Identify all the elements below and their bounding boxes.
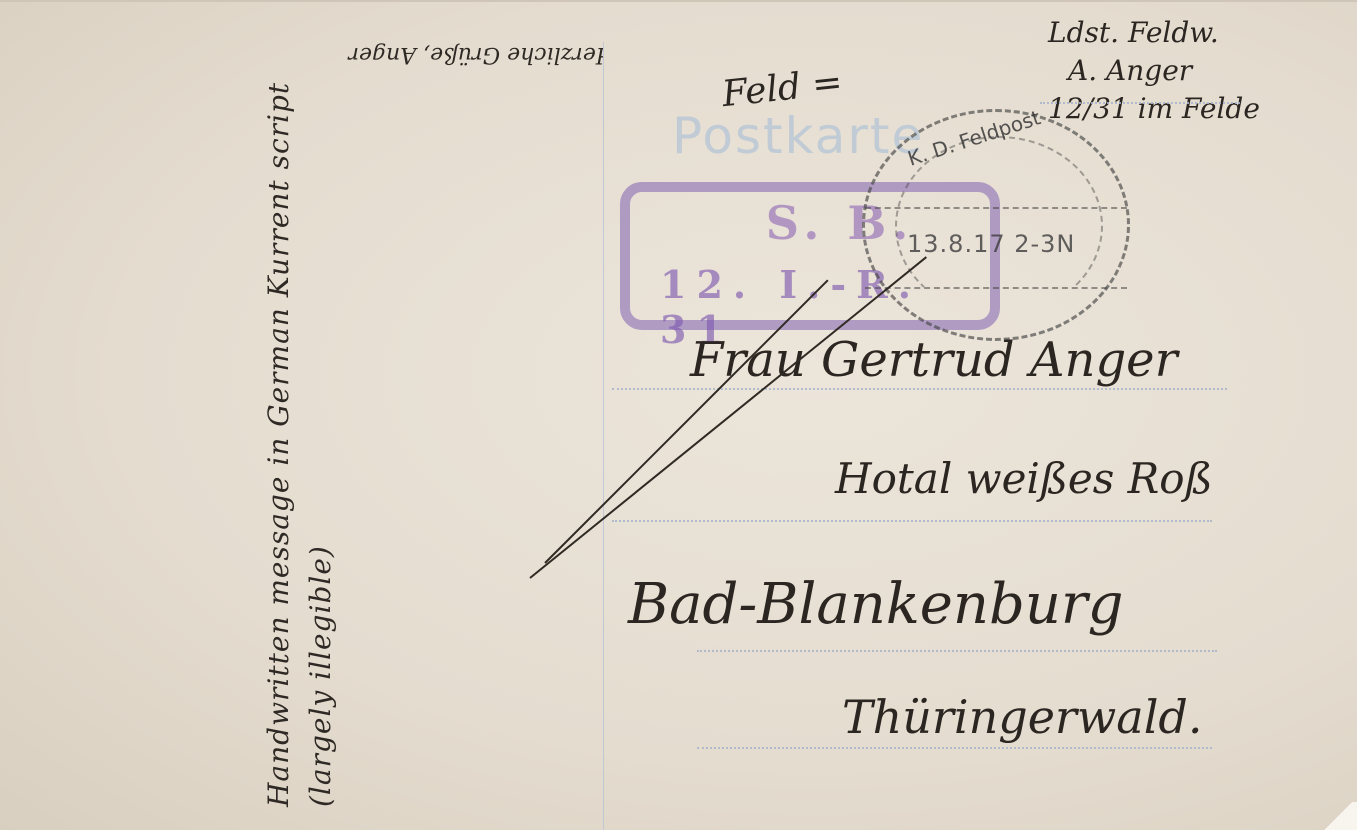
corner-crease	[1317, 802, 1357, 830]
address-line	[1040, 102, 1240, 104]
address-line	[612, 388, 1227, 390]
sender-line: 12/31 im Felde	[1048, 90, 1260, 128]
postmark-bar	[865, 287, 1127, 289]
sender-line: Ldst. Feldw.	[1048, 14, 1260, 52]
sender-line: A. Anger	[1048, 52, 1260, 90]
postcard: Handwritten message in German Kurrent sc…	[0, 0, 1357, 830]
handwritten-message: Handwritten message in German Kurrent sc…	[258, 27, 342, 807]
postmark-date: 13.8.17 2-3N	[907, 230, 1075, 258]
address-line	[612, 520, 1212, 522]
feldpost-postmark: K. D. Feldpost 13.8.17 2-3N	[862, 109, 1130, 341]
recipient-city: Bad-Blankenburg	[628, 572, 1124, 637]
sender-block: Ldst. Feldw. A. Anger 12/31 im Felde	[1048, 14, 1260, 128]
postmark-bar	[865, 207, 1127, 209]
address-line	[697, 747, 1212, 749]
address-line	[697, 650, 1217, 652]
recipient-name: Frau Gertrud Anger	[690, 332, 1178, 388]
card-divider	[603, 42, 604, 830]
recipient-street: Hotal weißes Roß	[835, 454, 1213, 503]
recipient-region: Thüringerwald.	[842, 690, 1203, 744]
message-footer: Herzliche Grüße, Anger	[145, 42, 603, 67]
message-panel: Handwritten message in German Kurrent sc…	[0, 2, 603, 830]
